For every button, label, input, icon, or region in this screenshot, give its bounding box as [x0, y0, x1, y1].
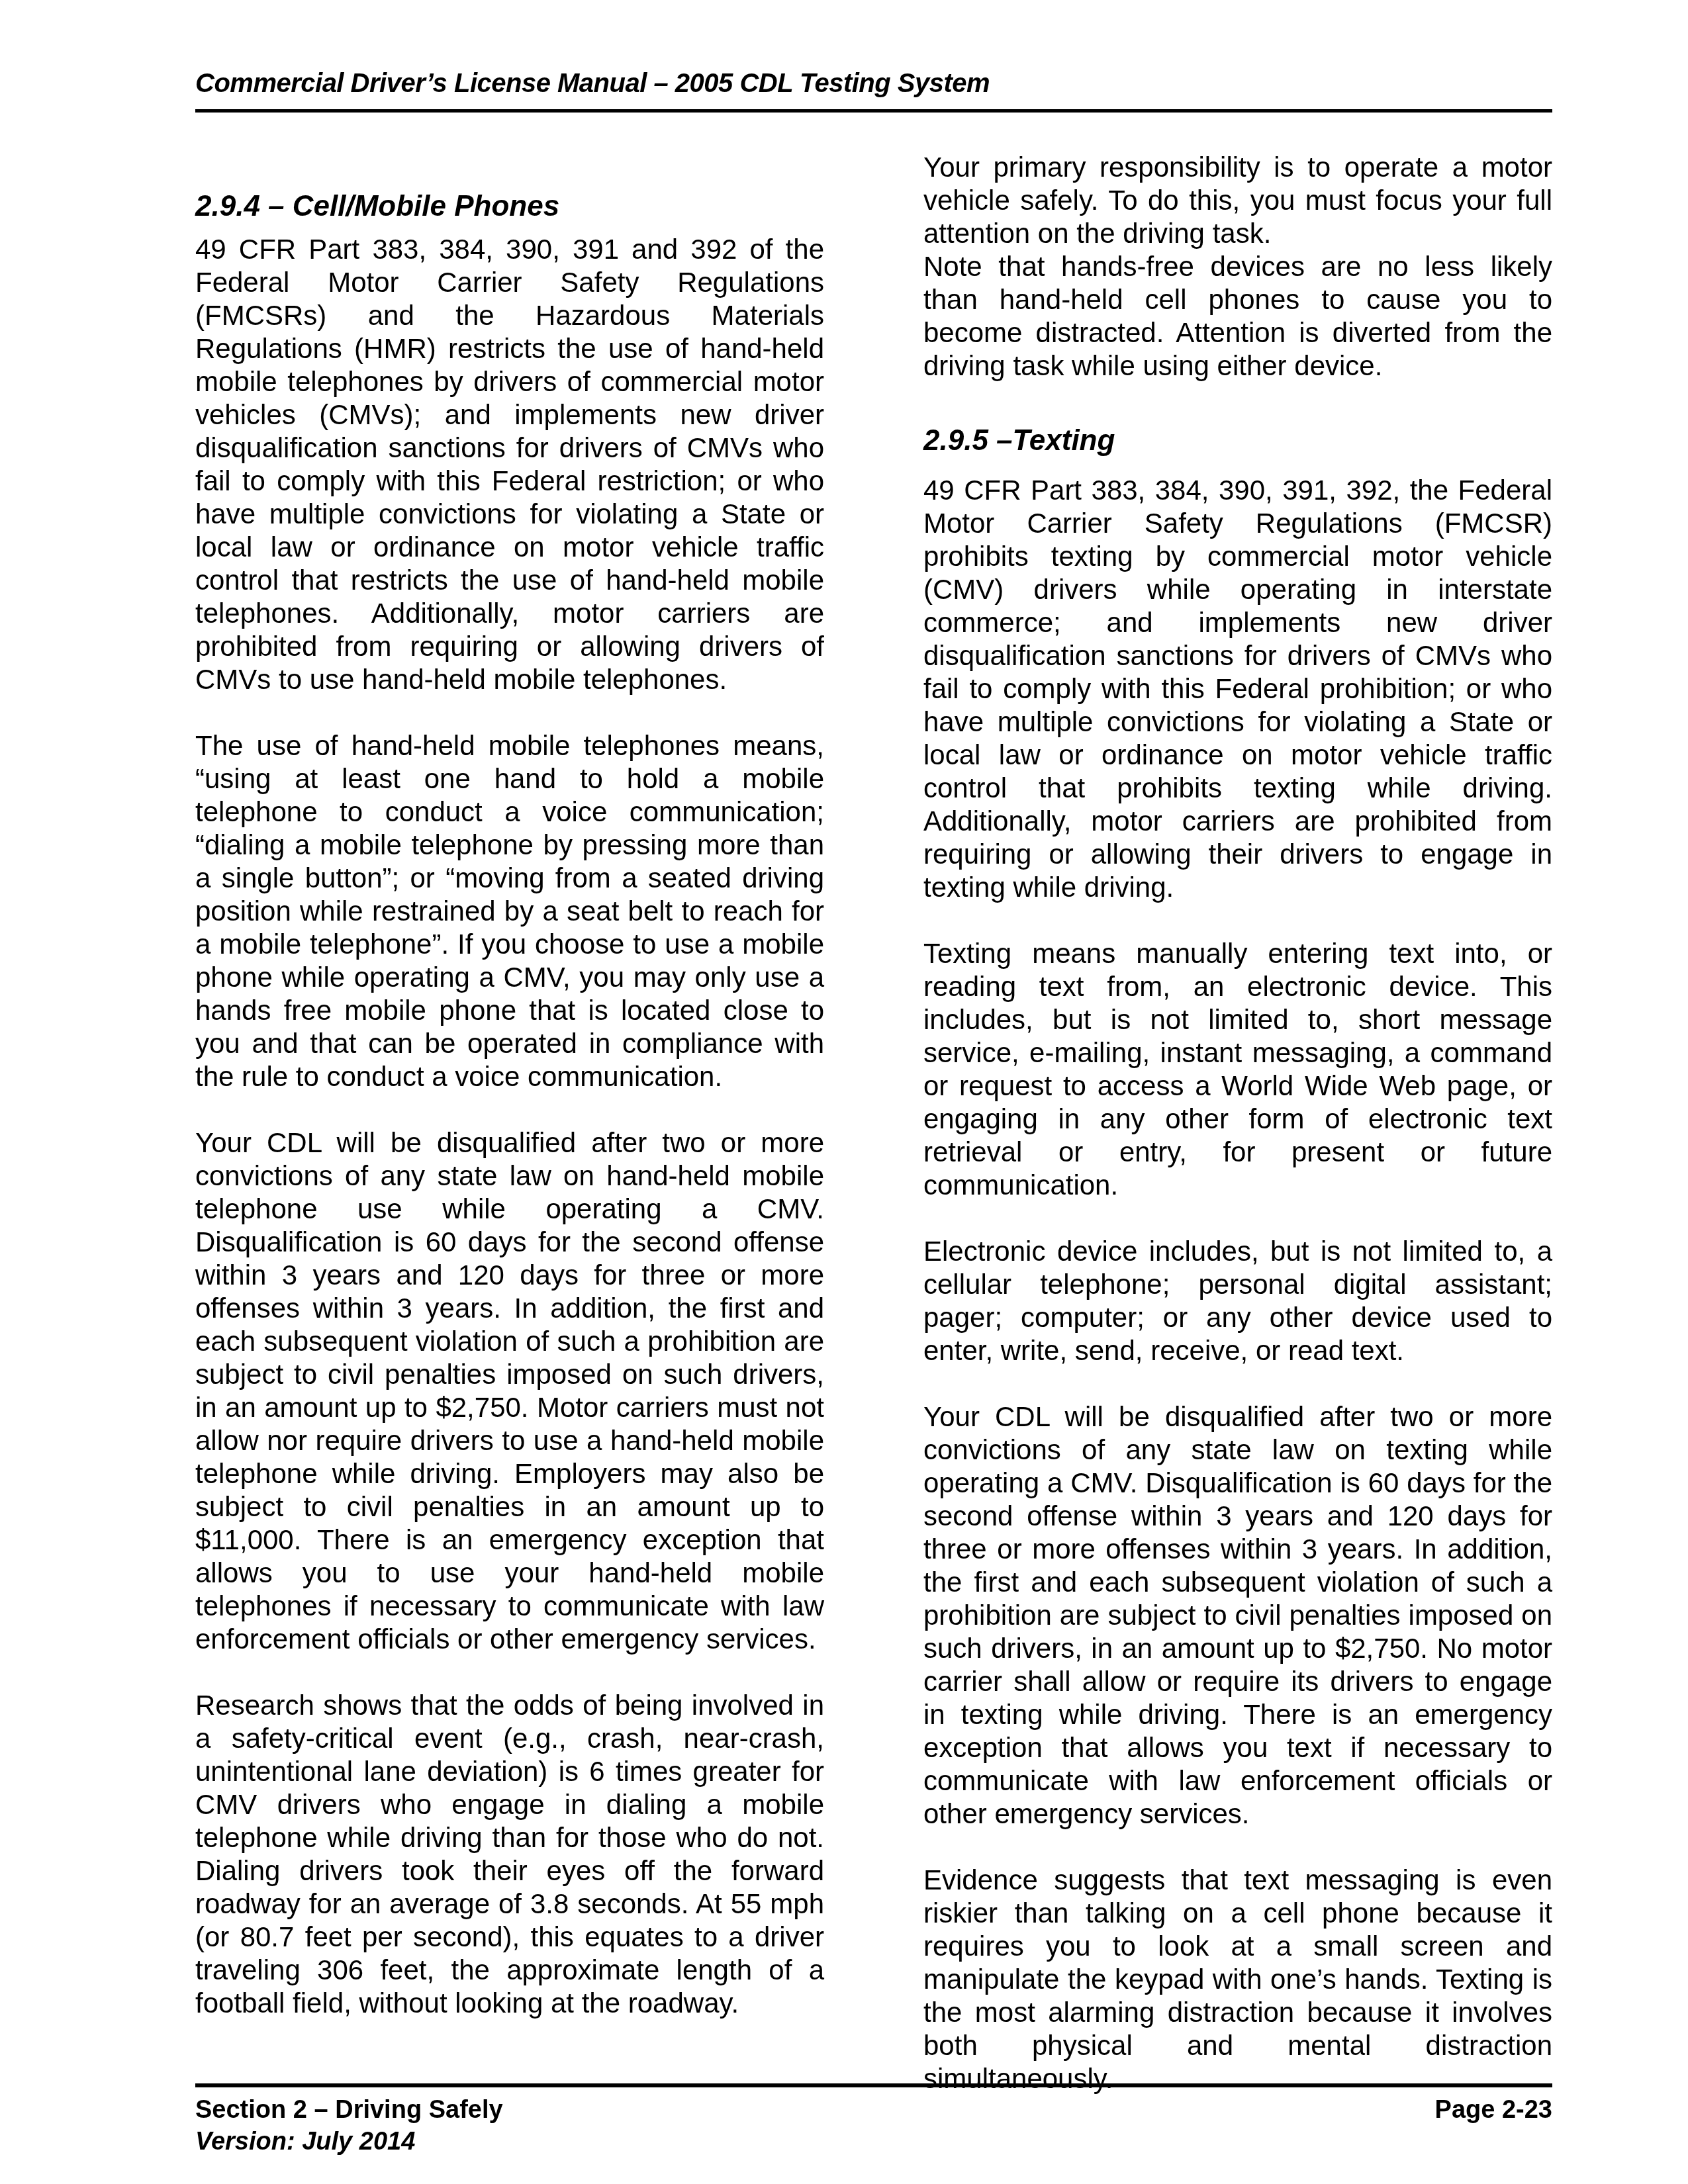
paragraph-electronic-device-definition: Electronic device includes, but is not l…	[923, 1235, 1552, 1367]
paragraph-texting-regulation: 49 CFR Part 383, 384, 390, 391, 392, the…	[923, 474, 1552, 904]
paragraph-hand-held-definition: The use of hand-held mobile telephones m…	[195, 729, 824, 1093]
paragraph-texting-definition: Texting means manually entering text int…	[923, 937, 1552, 1202]
two-column-body: 2.9.4 – Cell/Mobile Phones 49 CFR Part 3…	[195, 151, 1552, 2095]
paragraph-hands-free-note: Note that hands-free devices are no less…	[923, 250, 1552, 383]
page-footer: Section 2 – Driving Safely Version: July…	[195, 2083, 1552, 2158]
footer-left-block: Section 2 – Driving Safely Version: July…	[195, 2094, 503, 2158]
manual-page: Commercial Driver’s License Manual – 200…	[0, 0, 1688, 2184]
footer-page-number: Page 2-23	[1435, 2094, 1552, 2126]
page-header: Commercial Driver’s License Manual – 200…	[195, 68, 1552, 113]
paragraph-cdl-disqualification-texting: Your CDL will be disqualified after two …	[923, 1400, 1552, 1831]
page-header-title: Commercial Driver’s License Manual – 200…	[195, 68, 1552, 99]
footer-section-title: Section 2 – Driving Safely	[195, 2094, 503, 2126]
left-column: 2.9.4 – Cell/Mobile Phones 49 CFR Part 3…	[195, 151, 824, 2095]
paragraph-cell-phones-regulation: 49 CFR Part 383, 384, 390, 391 and 392 o…	[195, 233, 824, 696]
paragraph-cdl-disqualification-cell: Your CDL will be disqualified after two …	[195, 1126, 824, 1656]
paragraph-research-odds: Research shows that the odds of being in…	[195, 1689, 824, 2020]
section-heading-cell-mobile-phones: 2.9.4 – Cell/Mobile Phones	[195, 189, 824, 224]
footer-version: Version: July 2014	[195, 2126, 503, 2158]
paragraph-primary-responsibility: Your primary responsibility is to operat…	[923, 151, 1552, 250]
paragraph-texting-evidence: Evidence suggests that text messaging is…	[923, 1864, 1552, 2095]
right-column: Your primary responsibility is to operat…	[923, 151, 1552, 2095]
section-heading-texting: 2.9.5 –Texting	[923, 424, 1552, 458]
